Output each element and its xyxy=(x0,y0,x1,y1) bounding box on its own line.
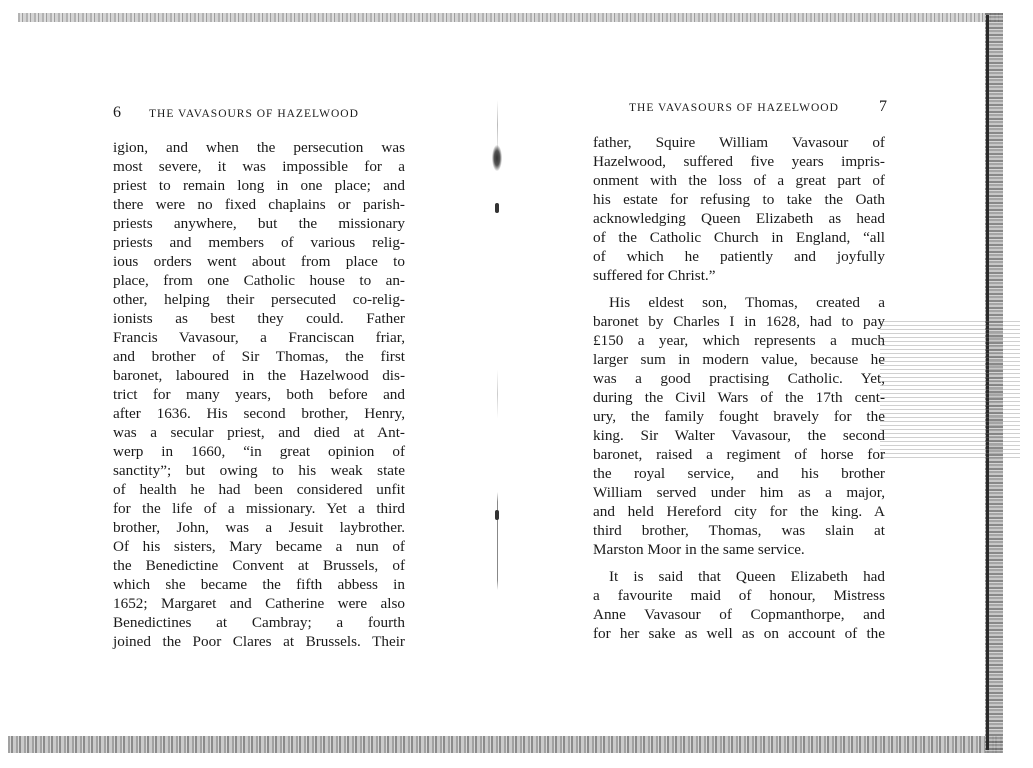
text-line: priests and members of various relig- xyxy=(113,233,405,252)
text-line: ury, the family fought bravely for the xyxy=(593,407,885,426)
text-line: William served under him as a major, xyxy=(593,483,885,502)
left-page: 6 THE VAVASOURS OF HAZELWOOD igion, and … xyxy=(113,100,405,651)
text-line: werp in 1660, “in great opinion of xyxy=(113,442,405,461)
text-line: after 1636. His second brother, Henry, xyxy=(113,404,405,423)
text-line: baronet, laboured in the Hazelwood dis- xyxy=(113,366,405,385)
text-line: Benedictines at Cambray; a fourth xyxy=(113,613,405,632)
text-line: igion, and when the persecution was xyxy=(113,138,405,157)
text-line: father, Squire William Vavasour of xyxy=(593,133,885,152)
gutter-stitch-mark xyxy=(495,510,499,520)
text-line: Marston Moor in the same service. xyxy=(593,540,885,559)
text-line: of which he patiently and joyfully xyxy=(593,247,885,266)
page-number: 7 xyxy=(879,98,887,116)
text-line: suffered for Christ.” xyxy=(593,266,885,285)
text-line: 1652; Margaret and Catherine were also xyxy=(113,594,405,613)
paragraph-gap xyxy=(593,285,885,293)
running-head: 6 THE VAVASOURS OF HAZELWOOD xyxy=(113,100,405,122)
text-line: Hazelwood, suffered five years impris- xyxy=(593,152,885,171)
text-line: was a good practising Catholic. Yet, xyxy=(593,369,885,388)
text-line: brother, John, was a Jesuit laybrother. xyxy=(113,518,405,537)
running-title: THE VAVASOURS OF HAZELWOOD xyxy=(149,108,359,120)
body-text: igion, and when the persecution was most… xyxy=(113,138,405,651)
text-line: was a secular priest, and died at Ant- xyxy=(113,423,405,442)
text-line: baronet, raised a regiment of horse for xyxy=(593,445,885,464)
text-line: acknowledging Queen Elizabeth as head xyxy=(593,209,885,228)
text-line: £150 a year, which represents a much xyxy=(593,331,885,350)
text-line: and held Hereford city for the king. A xyxy=(593,502,885,521)
text-line: during the Civil Wars of the 17th cent- xyxy=(593,388,885,407)
text-line: and brother of Sir Thomas, the first xyxy=(113,347,405,366)
text-line: baronet by Charles I in 1628, had to pay xyxy=(593,312,885,331)
text-line: a favourite maid of honour, Mistress xyxy=(593,586,885,605)
text-line: ious orders went about from place to xyxy=(113,252,405,271)
running-head: THE VAVASOURS OF HAZELWOOD 7 xyxy=(593,100,885,122)
text-line: sanctity”; but owing to his weak state xyxy=(113,461,405,480)
text-line: third brother, Thomas, was slain at xyxy=(593,521,885,540)
scan-edge-top xyxy=(18,13,1003,22)
text-line: most severe, it was impossible for a xyxy=(113,157,405,176)
page-number: 6 xyxy=(113,104,121,122)
body-text: father, Squire William Vavasour of Hazel… xyxy=(593,133,885,643)
text-line: there were no fixed chaplains or parish- xyxy=(113,195,405,214)
paragraph-gap xyxy=(593,559,885,567)
text-line: priests anywhere, but the missionary xyxy=(113,214,405,233)
text-line: ionists as best they could. Father xyxy=(113,309,405,328)
text-line: larger sum in modern value, because he xyxy=(593,350,885,369)
text-line: which she became the fifth abbess in xyxy=(113,575,405,594)
text-line: onment with the loss of a great part of xyxy=(593,171,885,190)
scan-edge-bottom xyxy=(8,736,1003,753)
text-line: for the life of a missionary. Yet a thir… xyxy=(113,499,405,518)
text-line: Francis Vavasour, a Franciscan friar, xyxy=(113,328,405,347)
text-line: Of his sisters, Mary became a nun of xyxy=(113,537,405,556)
text-line: his estate for refusing to take the Oath xyxy=(593,190,885,209)
text-line: Anne Vavasour of Copmanthorpe, and xyxy=(593,605,885,624)
text-line: the royal service, and his brother xyxy=(593,464,885,483)
running-title: THE VAVASOURS OF HAZELWOOD xyxy=(629,102,839,114)
text-line: priest to remain long in one place; and xyxy=(113,176,405,195)
gutter-stitch-mark xyxy=(495,203,499,213)
text-line: of health he had been considered unfit xyxy=(113,480,405,499)
text-line: It is said that Queen Elizabeth had xyxy=(593,567,885,586)
scan-smear xyxy=(880,318,1020,458)
paragraph: father, Squire William Vavasour of Hazel… xyxy=(593,133,885,285)
text-line: His eldest son, Thomas, created a xyxy=(593,293,885,312)
text-line: the Benedictine Convent at Brussels, of xyxy=(113,556,405,575)
text-line: place, from one Catholic house to an- xyxy=(113,271,405,290)
text-line: of the Catholic Church in England, “all xyxy=(593,228,885,247)
right-page: THE VAVASOURS OF HAZELWOOD 7 father, Squ… xyxy=(593,100,885,643)
text-line: trict for many years, both before and xyxy=(113,385,405,404)
paragraph: His eldest son, Thomas, created a barone… xyxy=(593,293,885,559)
text-line: joined the Poor Clares at Brussels. Thei… xyxy=(113,632,405,651)
paragraph: It is said that Queen Elizabeth had a fa… xyxy=(593,567,885,643)
text-line: king. Sir Walter Vavasour, the second xyxy=(593,426,885,445)
text-line: other, helping their persecuted co-relig… xyxy=(113,290,405,309)
text-line: for her sake as well as on account of th… xyxy=(593,624,885,643)
gutter-ink-blot xyxy=(492,145,502,171)
